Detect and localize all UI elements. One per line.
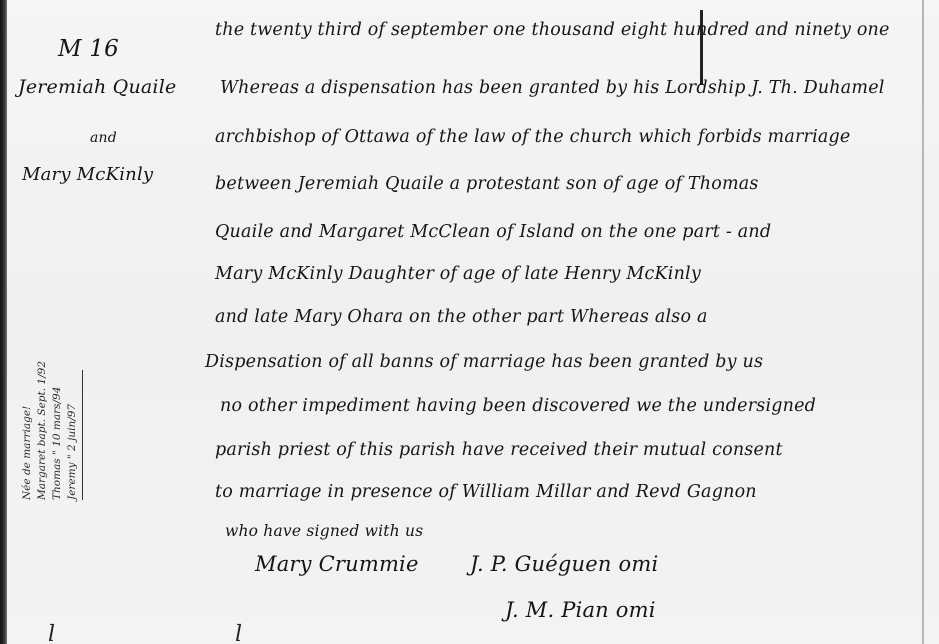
side-note-line: Thomas " 10 mars/94 (50, 280, 65, 500)
side-note-line: Née de marriage! (20, 280, 35, 500)
bride-name: Mary McKinly (22, 164, 153, 185)
signature-priest-2: J. M. Pian omi (505, 598, 656, 622)
groom-name: Jeremiah Quaile (18, 76, 176, 98)
margin-side-note: Née de marriage! Margaret bapt. Sept. 1/… (20, 280, 120, 500)
next-entry-fragment: l (48, 622, 55, 644)
side-note-line: Margaret bapt. Sept. 1/92 (35, 280, 50, 500)
register-page: M 16 Jeremiah Quaile and Mary McKinly Né… (0, 0, 939, 644)
entry-number: M 16 (58, 36, 119, 62)
body-line: Whereas a dispensation has been granted … (220, 78, 885, 98)
body-line: Mary McKinly Daughter of age of late Hen… (215, 264, 701, 284)
side-note-line: Jeremy " 2 juin/97 (65, 280, 80, 500)
signature-witness: Mary Crummie (255, 552, 419, 576)
body-line: Dispensation of all banns of marriage ha… (205, 352, 763, 372)
margin-and: and (90, 130, 117, 146)
side-note-underline (82, 370, 83, 500)
body-line: archbishop of Ottawa of the law of the c… (215, 127, 850, 147)
body-line: who have signed with us (225, 522, 423, 540)
body-line: the twenty third of september one thousa… (215, 20, 890, 40)
body-line: no other impediment having been discover… (220, 396, 816, 416)
body-line: Quaile and Margaret McClean of Island on… (215, 222, 771, 242)
body-line: to marriage in presence of William Milla… (215, 482, 757, 502)
next-entry-fragment: l (235, 622, 242, 644)
body-line: and late Mary Ohara on the other part Wh… (215, 307, 708, 327)
page-binding-edge (0, 0, 7, 644)
signature-priest: J. P. Guéguen omi (470, 552, 658, 576)
page-margin-rule (922, 0, 924, 644)
body-line: between Jeremiah Quaile a protestant son… (215, 174, 759, 194)
body-line: parish priest of this parish have receiv… (215, 440, 783, 460)
